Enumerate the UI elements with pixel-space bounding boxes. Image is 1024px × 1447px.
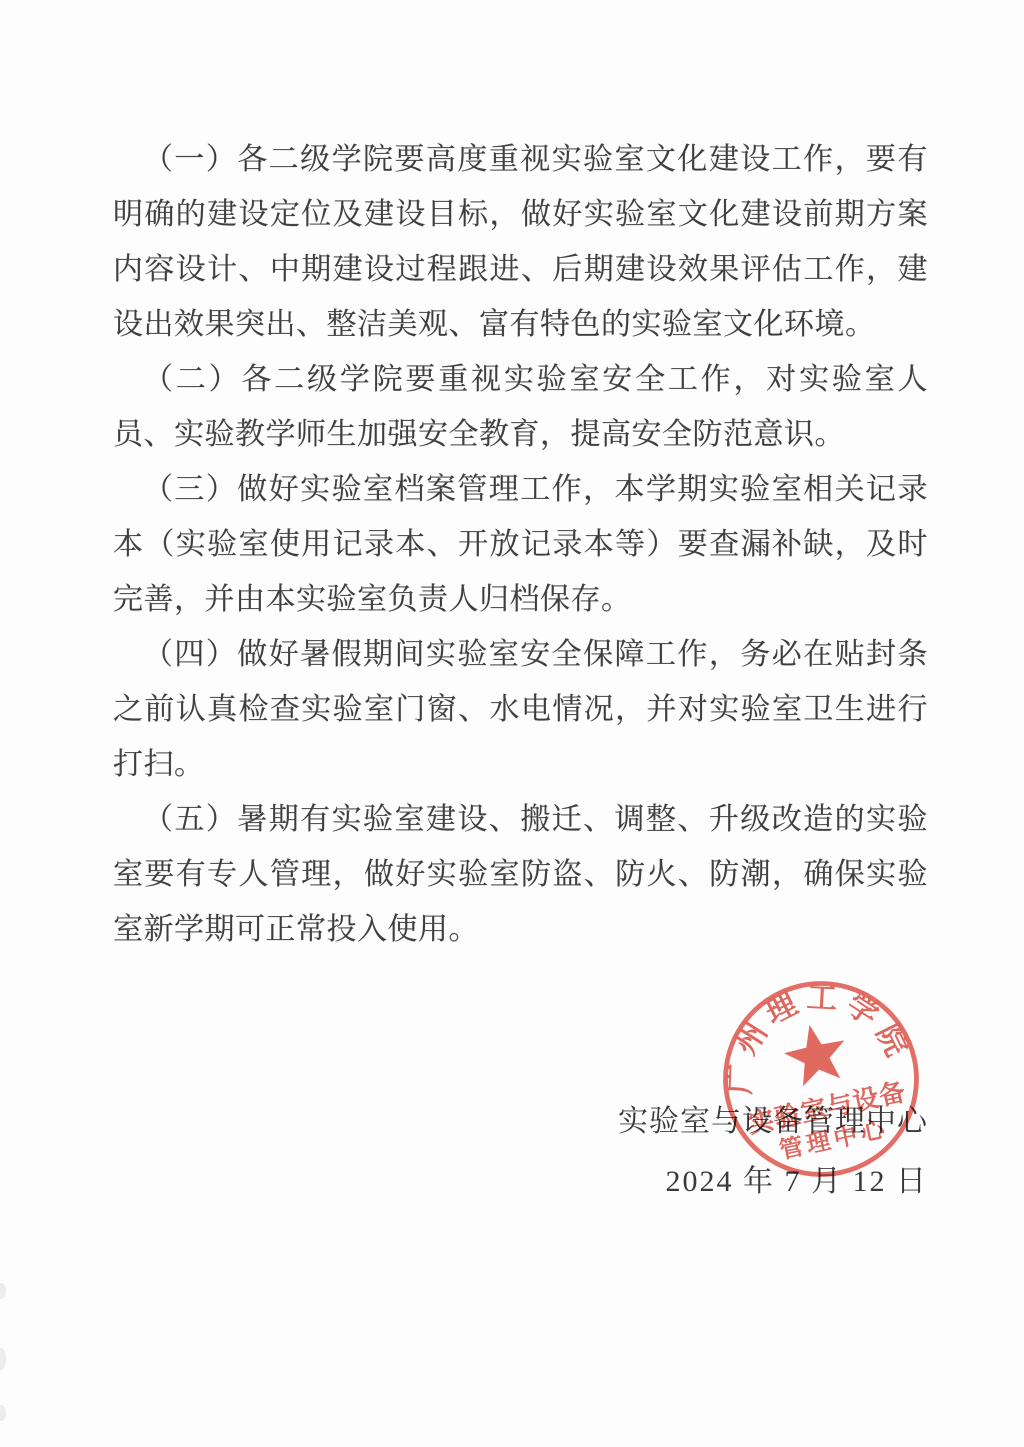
document-page: （一）各二级学院要高度重视实验室文化建设工作，要有明确的建设定位及建设目标，做好… <box>0 0 1024 1447</box>
paragraph-1: （一）各二级学院要高度重视实验室文化建设工作，要有明确的建设定位及建设目标，做好… <box>113 132 928 352</box>
scan-artifact <box>0 1348 6 1370</box>
paragraph-2: （二）各二级学院要重视实验室安全工作，对实验室人员、实验教学师生加强安全教育，提… <box>113 352 928 462</box>
signature-date: 2024 年 7 月 12 日 <box>113 1152 928 1212</box>
signature-block: 实验室与设备管理中心 2024 年 7 月 12 日 <box>113 1092 928 1212</box>
paragraph-3: （三）做好实验室档案管理工作，本学期实验室相关记录本（实验室使用记录本、开放记录… <box>113 462 928 627</box>
signature-organization: 实验室与设备管理中心 <box>113 1092 928 1152</box>
document-body: （一）各二级学院要高度重视实验室文化建设工作，要有明确的建设定位及建设目标，做好… <box>0 0 1024 1212</box>
paragraph-5: （五）暑期有实验室建设、搬迁、调整、升级改造的实验室要有专人管理，做好实验室防盗… <box>113 792 928 957</box>
scan-artifact <box>0 1283 6 1299</box>
scan-artifact <box>0 1405 6 1421</box>
paragraph-4: （四）做好暑假期间实验室安全保障工作，务必在贴封条之前认真检查实验室门窗、水电情… <box>113 627 928 792</box>
